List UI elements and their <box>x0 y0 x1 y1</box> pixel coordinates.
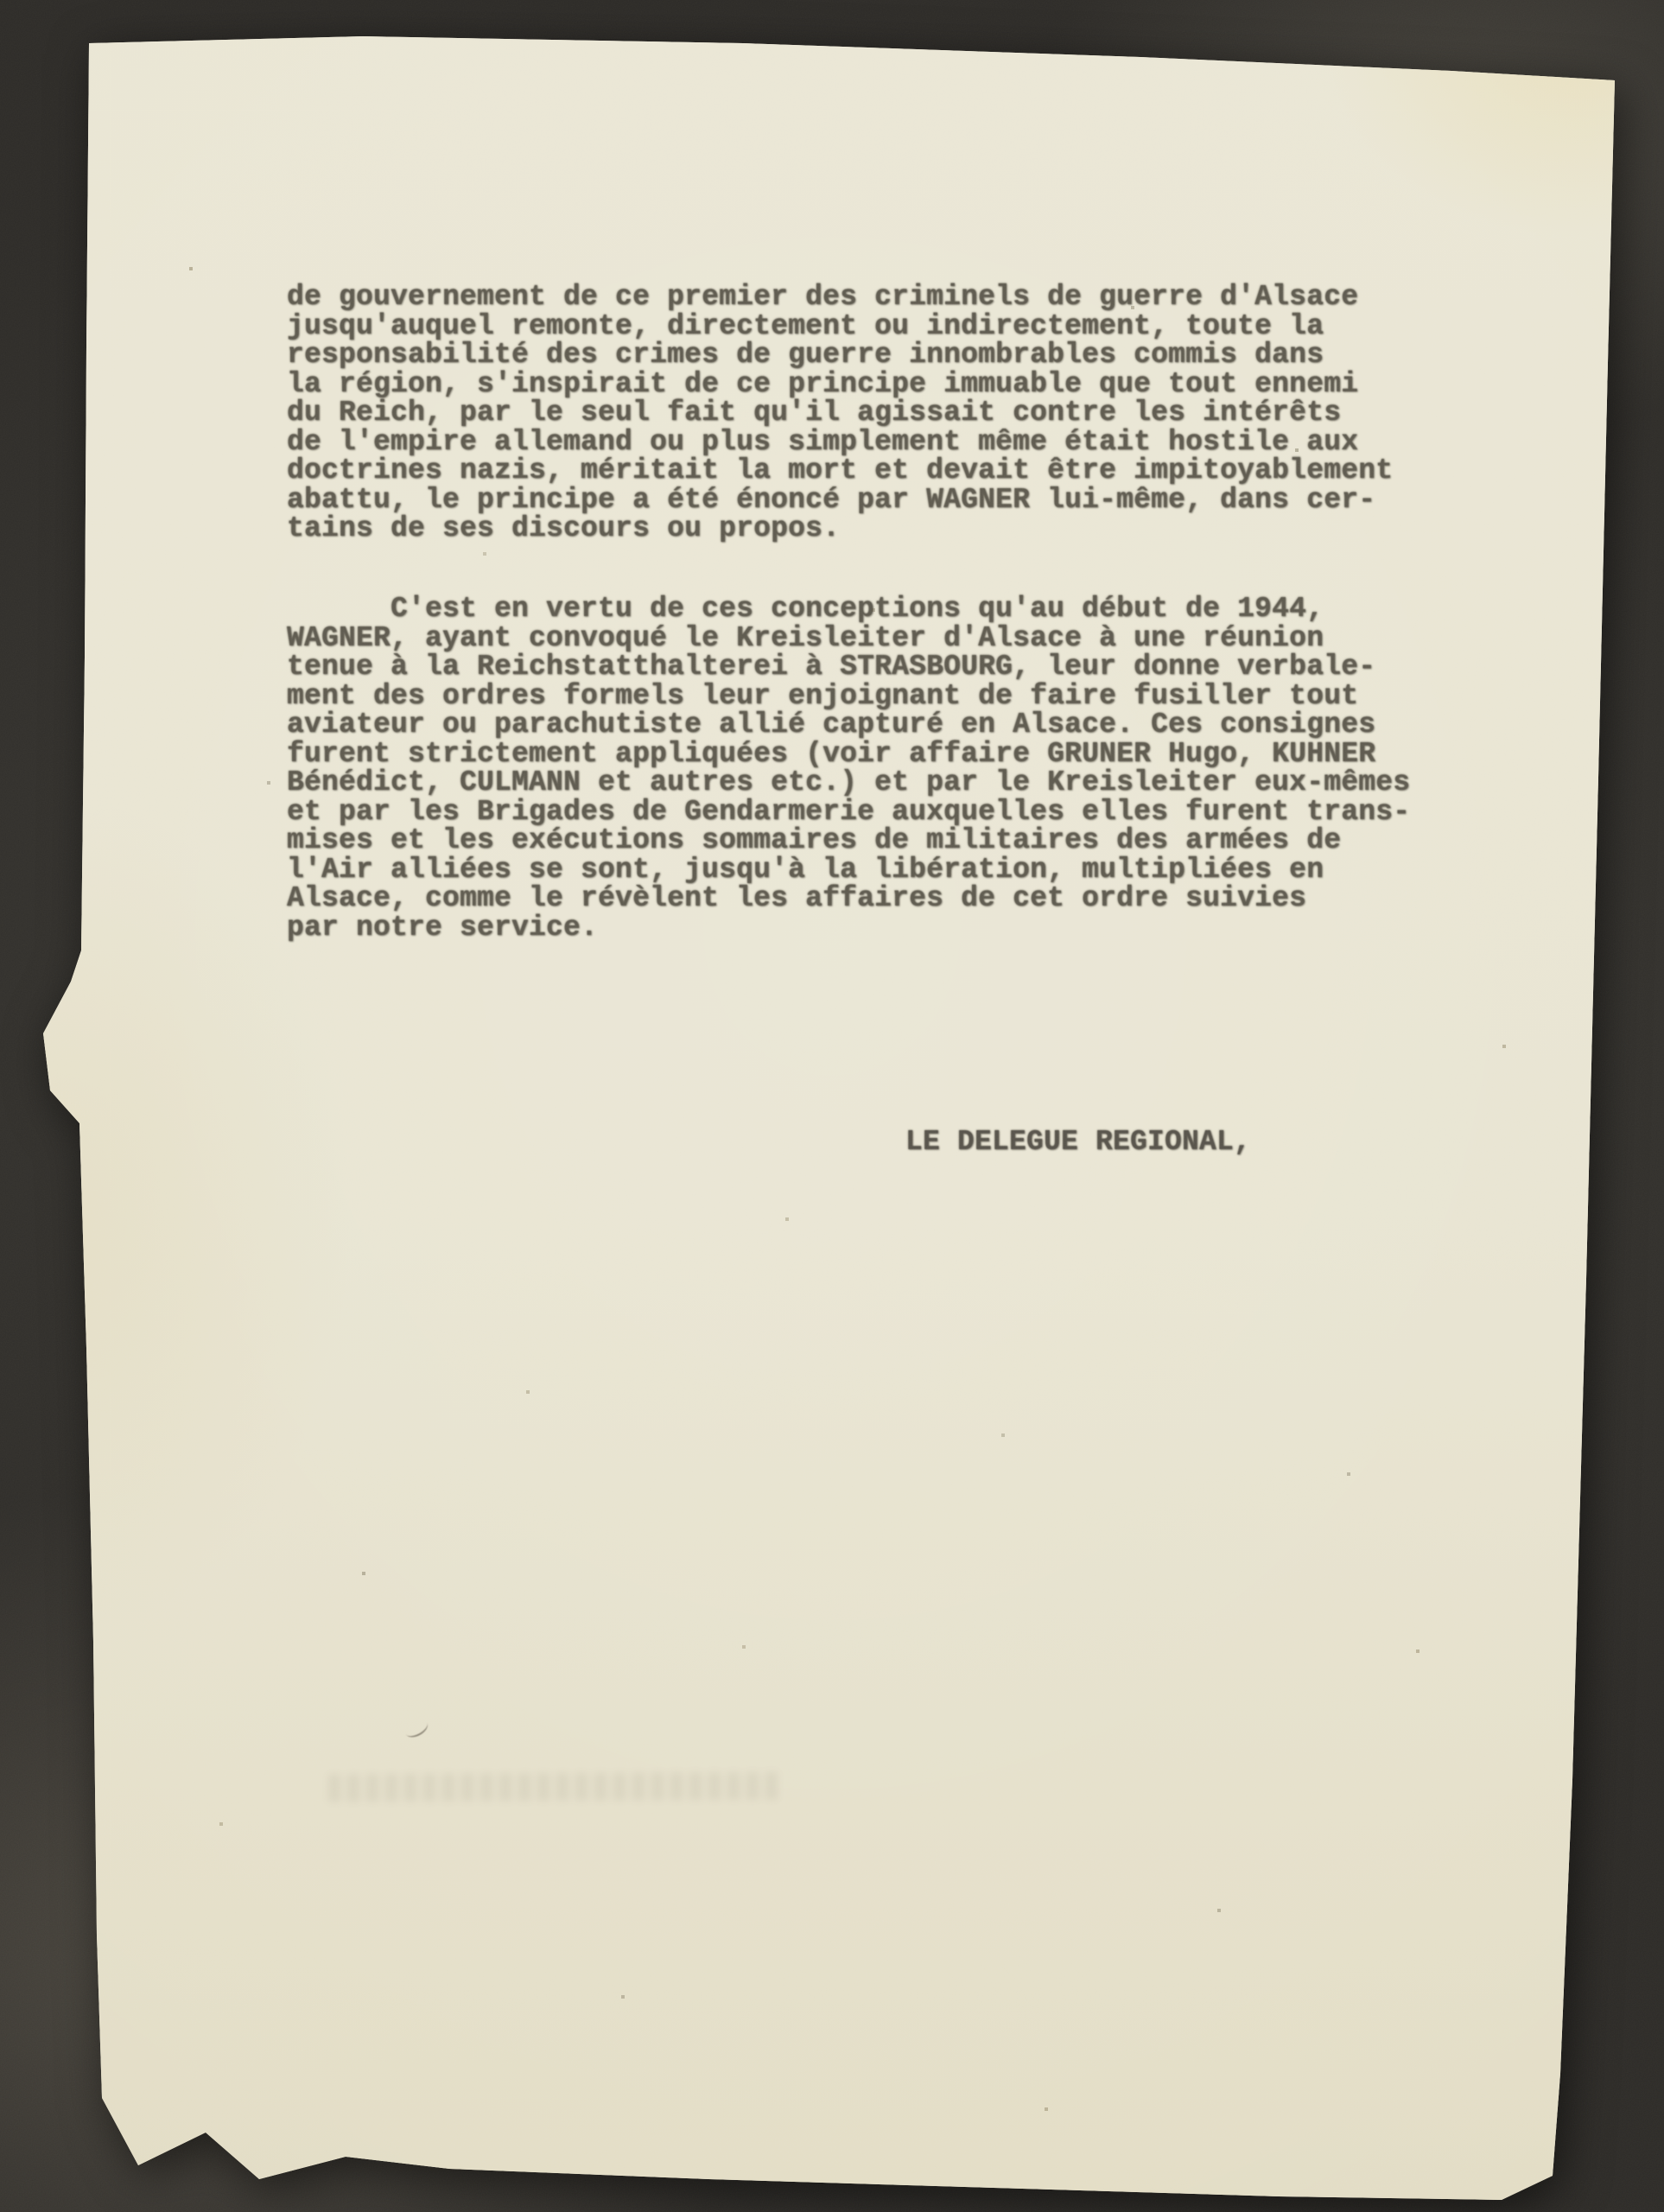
document-page: de gouvernement de ce premier des crimin… <box>0 0 1664 2212</box>
paragraph: de gouvernement de ce premier des crimin… <box>287 283 1393 543</box>
paper-specks <box>0 0 2 2</box>
document-page-wrapper: de gouvernement de ce premier des crimin… <box>0 0 1664 2212</box>
scan-background: de gouvernement de ce premier des crimin… <box>0 0 1664 2212</box>
ink-bleedthrough <box>328 1772 778 1802</box>
paragraph: C'est en vertu de ces conceptions qu'au … <box>287 594 1410 942</box>
typewritten-text: de gouvernement de ce premier des crimin… <box>0 0 1664 2212</box>
signature-line: LE DELEGUE REGIONAL, <box>905 1128 1251 1157</box>
